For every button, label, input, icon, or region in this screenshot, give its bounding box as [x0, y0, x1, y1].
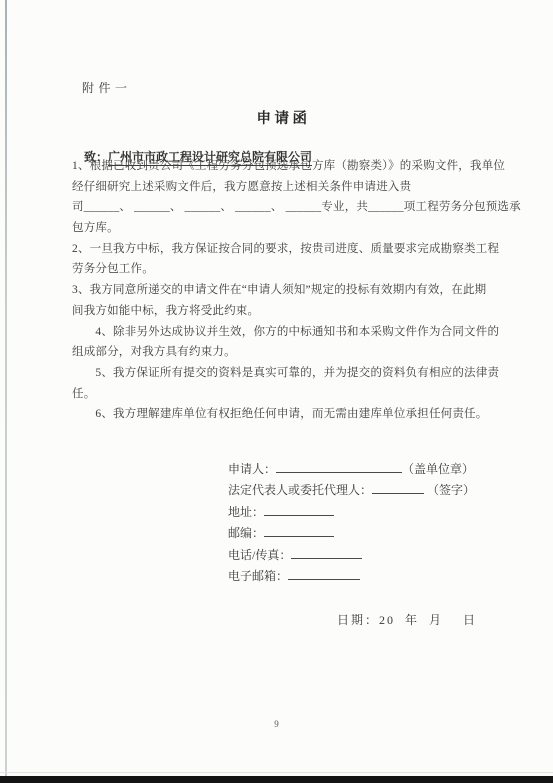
form-label: 邮编： — [228, 526, 264, 540]
blank-line — [288, 568, 360, 580]
paragraph-1-line-4: 包方库。 — [72, 218, 518, 239]
paragraph-5-line-1: 5、我方保证所有提交的资料是真实可靠的，并为提交的资料负有相应的法律责 — [72, 363, 518, 384]
paragraph-1-line-2: 经仔细研究上述采购文件后，我方愿意按上述相关条件申请进入贵 — [72, 177, 518, 198]
paragraph-2-line-1: 2、一旦我方中标，我方保证按合同的要求，按贵司进度、质量要求完成勘察类工程 — [72, 239, 518, 260]
form-label: 申请人： — [228, 462, 276, 476]
blank-line — [372, 482, 424, 494]
paragraph-4-line-2: 组成部分，对我方具有约束力。 — [72, 342, 518, 363]
form-label: 电子邮箱： — [228, 569, 288, 583]
page-title: 申请函 — [0, 107, 553, 128]
paragraph-2-line-2: 劳务分包工作。 — [72, 259, 518, 280]
form-row: 邮编： — [228, 523, 475, 544]
page-number: 9 — [0, 719, 553, 729]
scan-edge-light-line — [0, 772, 553, 773]
signature-form: 申请人：（盖单位章）法定代表人或委托代理人： （签字）地址：邮编：电话/传真：电… — [228, 459, 475, 587]
form-label: 法定代表人或委托代理人： — [228, 483, 372, 497]
scan-edge-bottom-bar — [0, 776, 553, 783]
scanned-page: 附件一 申请函 致：广州市市政工程设计研究总院有限公司 1、根据已收到贵公司《工… — [0, 0, 553, 783]
paragraph-1-line-3: 司______、 ______、 ______、 ______、 ______专… — [72, 197, 518, 218]
form-row: 电话/传真： — [228, 545, 475, 566]
paragraph-4-line-1: 4、除非另外达成协议并生效，你方的中标通知书和本采购文件作为合同文件的 — [72, 322, 518, 343]
blank-line — [276, 461, 402, 473]
attachment-label: 附件一 — [82, 79, 132, 96]
form-label: 电话/传真： — [228, 548, 291, 562]
paragraph-3-line-1: 3、我方同意所递交的申请文件在“申请人须知”规定的投标有效期内有效，在此期 — [72, 280, 518, 301]
paragraph-1-line-1: 1、根据已收到贵公司《工程劳务分包预选承包方库（勘察类）》的采购文件，我单位 — [72, 156, 518, 177]
blank-line — [264, 504, 334, 516]
paragraph-6-line-1: 6、我方理解建库单位有权拒绝任何申请，而无需由建库单位承担任何责任。 — [72, 404, 518, 425]
form-row: 电子邮箱： — [228, 566, 475, 587]
body-paragraphs: 1、根据已收到贵公司《工程劳务分包预选承包方库（勘察类）》的采购文件，我单位经仔… — [72, 156, 518, 425]
form-suffix: （签字） — [424, 483, 475, 497]
blank-line — [291, 547, 362, 559]
form-row: 法定代表人或委托代理人： （签字） — [228, 480, 475, 501]
form-label: 地址： — [228, 505, 264, 519]
paragraph-5-line-2: 任。 — [72, 384, 518, 405]
date-line: 日期：20 年 月 日 — [337, 611, 477, 628]
form-row: 申请人：（盖单位章） — [228, 459, 475, 480]
blank-line — [264, 525, 334, 537]
form-suffix: （盖单位章） — [402, 462, 474, 476]
paragraph-3-line-2: 间我方如能中标，我方将受此约束。 — [72, 301, 518, 322]
form-row: 地址： — [228, 502, 475, 523]
